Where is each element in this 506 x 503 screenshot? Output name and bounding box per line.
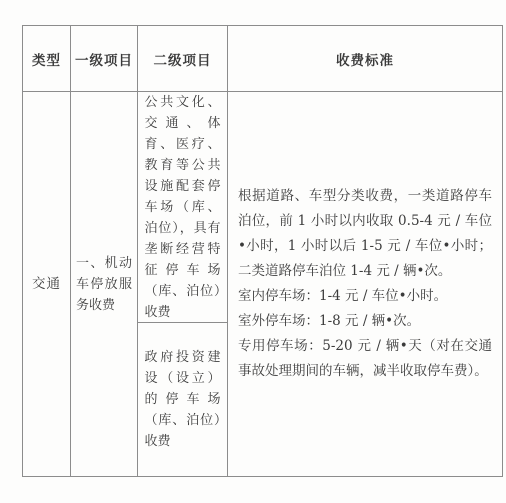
fee-standard-line-dedicated: 专用停车场：5-20 元 / 辆•天（对在交通事故处理期间的车辆，减半收取停车费… bbox=[238, 334, 492, 384]
column-header-level1-label: 一级项目 bbox=[75, 49, 133, 69]
column-header-standard-label: 收费标准 bbox=[336, 49, 394, 69]
cell-level2-government-invested-text: 政府投资建设（设立）的停车场（库、泊位）收费 bbox=[145, 347, 221, 452]
cell-type-traffic-text: 交通 bbox=[32, 274, 61, 295]
column-header-type-label: 类型 bbox=[32, 49, 61, 69]
scanned-document-page: 类型 一级项目 二级项目 收费标准 交通 一、机动车停放服务收费 公共文化、交通… bbox=[0, 0, 506, 503]
column-header-level2: 二级项目 bbox=[138, 26, 228, 92]
cell-fee-standard: 根据道路、车型分类收费，一类道路停车泊位，前 1 小时以内收取 0.5-4 元 … bbox=[228, 92, 502, 476]
fee-standard-line-outdoor: 室外停车场：1-8 元 / 辆•次。 bbox=[238, 309, 492, 334]
column-header-level2-label: 二级项目 bbox=[154, 49, 212, 69]
cell-level2-public-facilities-text: 公共文化、交通、体育、医疗、教育等公共设施配套停车场（库、泊位），具有垄断经营特… bbox=[145, 92, 221, 323]
fee-standard-text: 根据道路、车型分类收费，一类道路停车泊位，前 1 小时以内收取 0.5-4 元 … bbox=[238, 184, 492, 384]
cell-level2-government-invested: 政府投资建设（设立）的停车场（库、泊位）收费 bbox=[138, 323, 228, 476]
cell-level1-project: 一、机动车停放服务收费 bbox=[71, 92, 138, 476]
cell-type-traffic: 交通 bbox=[23, 92, 71, 476]
cell-level2-public-facilities: 公共文化、交通、体育、医疗、教育等公共设施配套停车场（库、泊位），具有垄断经营特… bbox=[138, 92, 228, 323]
column-header-level1: 一级项目 bbox=[71, 26, 138, 92]
cell-level1-project-text: 一、机动车停放服务收费 bbox=[76, 253, 132, 316]
fee-standard-line-road: 根据道路、车型分类收费，一类道路停车泊位，前 1 小时以内收取 0.5-4 元 … bbox=[238, 184, 492, 284]
parking-fee-table: 类型 一级项目 二级项目 收费标准 交通 一、机动车停放服务收费 公共文化、交通… bbox=[22, 25, 503, 477]
fee-standard-line-indoor: 室内停车场：1-4 元 / 车位•小时。 bbox=[238, 284, 492, 309]
column-header-standard: 收费标准 bbox=[228, 26, 502, 92]
column-header-type: 类型 bbox=[23, 26, 71, 92]
